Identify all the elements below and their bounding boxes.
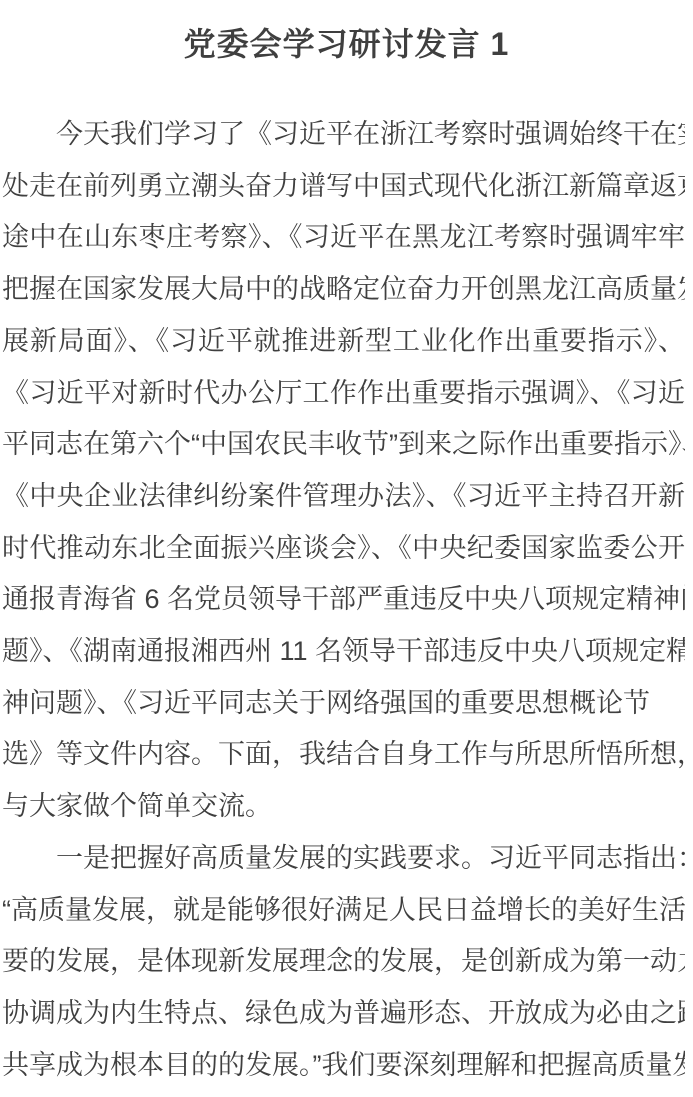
paragraph-1-line-9: 时代推动东北全面振兴座谈会》、《中央纪委国家监委公开 [2, 523, 685, 575]
paragraph-1-line-11: 题》、《湖南通报湘西州 11 名领导干部违反中央八项规定精 [2, 626, 685, 678]
paragraph-2-line-3: 要的发展，是体现新发展理念的发展，是创新成为第一动力、 [2, 936, 685, 988]
paragraph-1-line-1: 今天我们学习了《习近平在浙江考察时强调始终干在实 [2, 109, 685, 161]
paragraph-1-line-14: 与大家做个简单交流。 [2, 781, 685, 833]
paragraph-1-line-12: 神问题》、《习近平同志关于网络强国的重要思想概论节 [2, 678, 685, 730]
paragraph-1-line-5: 展新局面》、《习近平就推进新型工业化作出重要指示》、 [2, 316, 685, 368]
paragraph-1-line-8: 《中央企业法律纠纷案件管理办法》、《习近平主持召开新 [2, 471, 685, 523]
paragraph-1-line-6: 《习近平对新时代办公厅工作作出重要指示强调》、《习近 [2, 368, 685, 420]
document-body: 今天我们学习了《习近平在浙江考察时强调始终干在实 处走在前列勇立潮头奋力谱写中国… [0, 109, 693, 1091]
paragraph-2-line-4: 协调成为内生特点、绿色成为普遍形态、开放成为必由之路、 [2, 988, 685, 1040]
paragraph-2-line-1: 一是把握好高质量发展的实践要求。习近平同志指出： [2, 833, 685, 885]
paragraph-1-line-3: 途中在山东枣庄考察》、《习近平在黑龙江考察时强调牢牢 [2, 212, 685, 264]
paragraph-2-line-2: “高质量发展，就是能够很好满足人民日益增长的美好生活需 [2, 885, 685, 937]
paragraph-1-line-7: 平同志在第六个“中国农民丰收节”到来之际作出重要指示》、 [2, 419, 685, 471]
paragraph-1-line-10: 通报青海省 6 名党员领导干部严重违反中央八项规定精神问 [2, 574, 685, 626]
document-page: 党委会学习研讨发言 1 今天我们学习了《习近平在浙江考察时强调始终干在实 处走在… [0, 0, 693, 1097]
document-title: 党委会学习研讨发言 1 [0, 21, 693, 67]
paragraph-1-line-13: 选》等文件内容。下面，我结合自身工作与所思所悟所想， [2, 729, 685, 781]
paragraph-1-line-2: 处走在前列勇立潮头奋力谱写中国式现代化浙江新篇章返京 [2, 161, 685, 213]
paragraph-2-line-5: 共享成为根本目的的发展。”我们要深刻理解和把握高质量发 [2, 1040, 685, 1092]
paragraph-1-line-4: 把握在国家发展大局中的战略定位奋力开创黑龙江高质量发 [2, 264, 685, 316]
